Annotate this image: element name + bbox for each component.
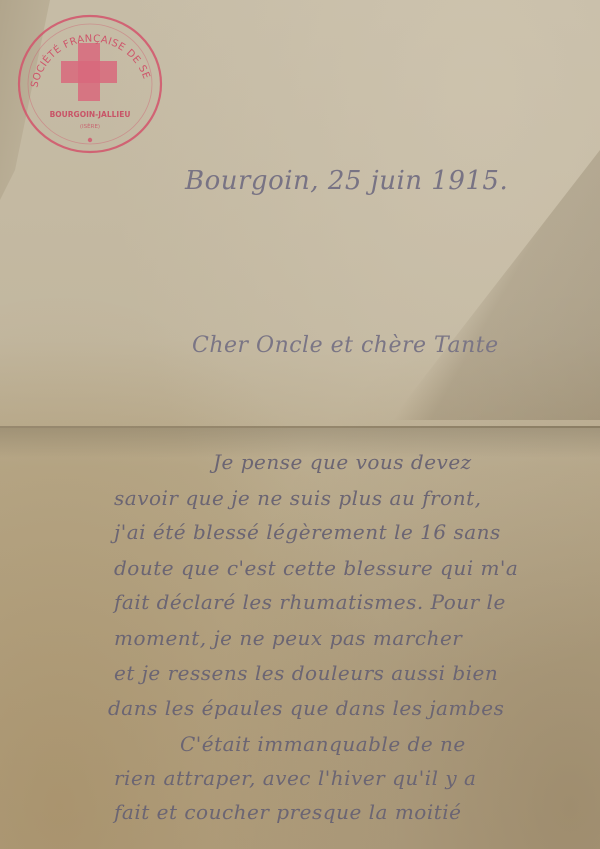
body-line: fait déclaré les rhumatismes. Pour le (114, 590, 506, 614)
body-line: dans les épaules que dans les jambes (108, 696, 504, 720)
date-line: Bourgoin, 25 juin 1915. (185, 166, 508, 196)
body-line: Je pense que vous devez (213, 450, 472, 474)
body-line: j'ai été blessé légèrement le 16 sans (114, 520, 501, 544)
body-line: C'était immanquable de ne (180, 732, 466, 756)
stamp-sub-text: (ISÈRE) (80, 122, 100, 130)
body-line: moment, je ne peux pas marcher (114, 626, 462, 650)
body-line: fait et coucher presque la moitié (114, 800, 462, 824)
body-line: rien attraper, avec l'hiver qu'il y a (114, 766, 476, 790)
letter-page: SOCIÉTÉ FRANÇAISE DE SECOURS AUX BLESSÉS… (0, 0, 600, 849)
body-line: savoir que je ne suis plus au front, (114, 486, 482, 510)
body-line: et je ressens les douleurs aussi bien (114, 661, 498, 685)
red-cross-stamp: SOCIÉTÉ FRANÇAISE DE SECOURS AUX BLESSÉS… (15, 13, 165, 156)
salutation: Cher Oncle et chère Tante (192, 333, 499, 358)
red-cross-icon (61, 43, 117, 101)
body-line: doute que c'est cette blessure qui m'a (114, 556, 518, 580)
stamp-center-text: BOURGOIN-JALLIEU (50, 110, 131, 119)
